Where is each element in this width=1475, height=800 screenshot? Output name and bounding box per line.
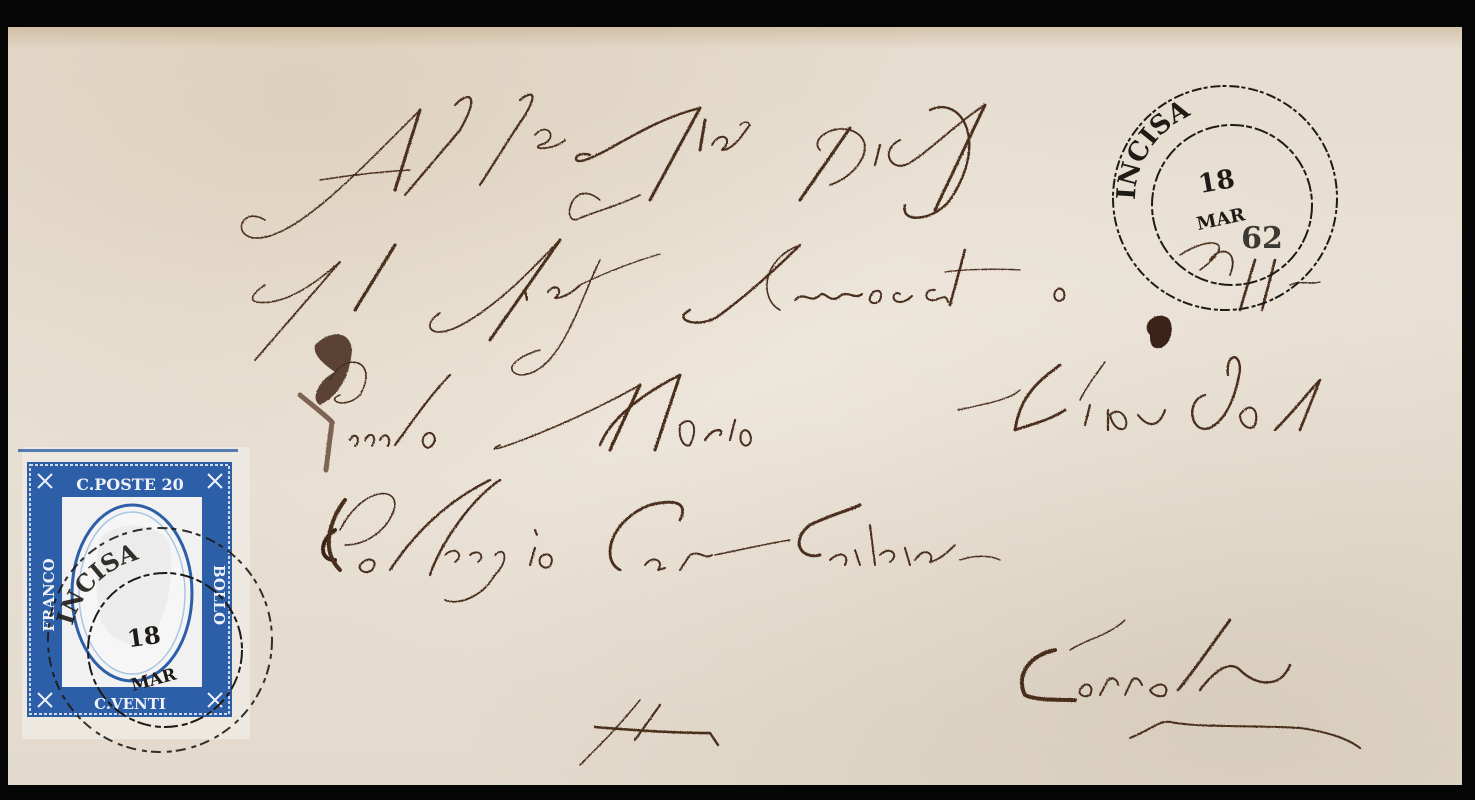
- cover-artwork: INCISA 18 MAR 62 C.POSTE 20 C.VENTI FRAN…: [0, 0, 1475, 800]
- address-line-4: [329, 480, 1000, 602]
- svg-text:C.POSTE 20: C.POSTE 20: [76, 475, 183, 494]
- address-line-1: [241, 95, 985, 239]
- svg-text:18: 18: [125, 620, 162, 653]
- address-line-5: [1022, 620, 1360, 748]
- svg-text:18: 18: [1196, 164, 1237, 200]
- svg-text:62: 62: [1241, 221, 1283, 256]
- postmark-main: INCISA 18 MAR 62: [1112, 86, 1337, 310]
- address-line-3: [330, 357, 1320, 450]
- handwritten-address: [241, 95, 1360, 765]
- address-line-2: [253, 240, 1321, 375]
- bottom-mark: [580, 700, 718, 765]
- svg-text:MAR: MAR: [1195, 204, 1248, 235]
- svg-text:BOLLO: BOLLO: [210, 565, 228, 625]
